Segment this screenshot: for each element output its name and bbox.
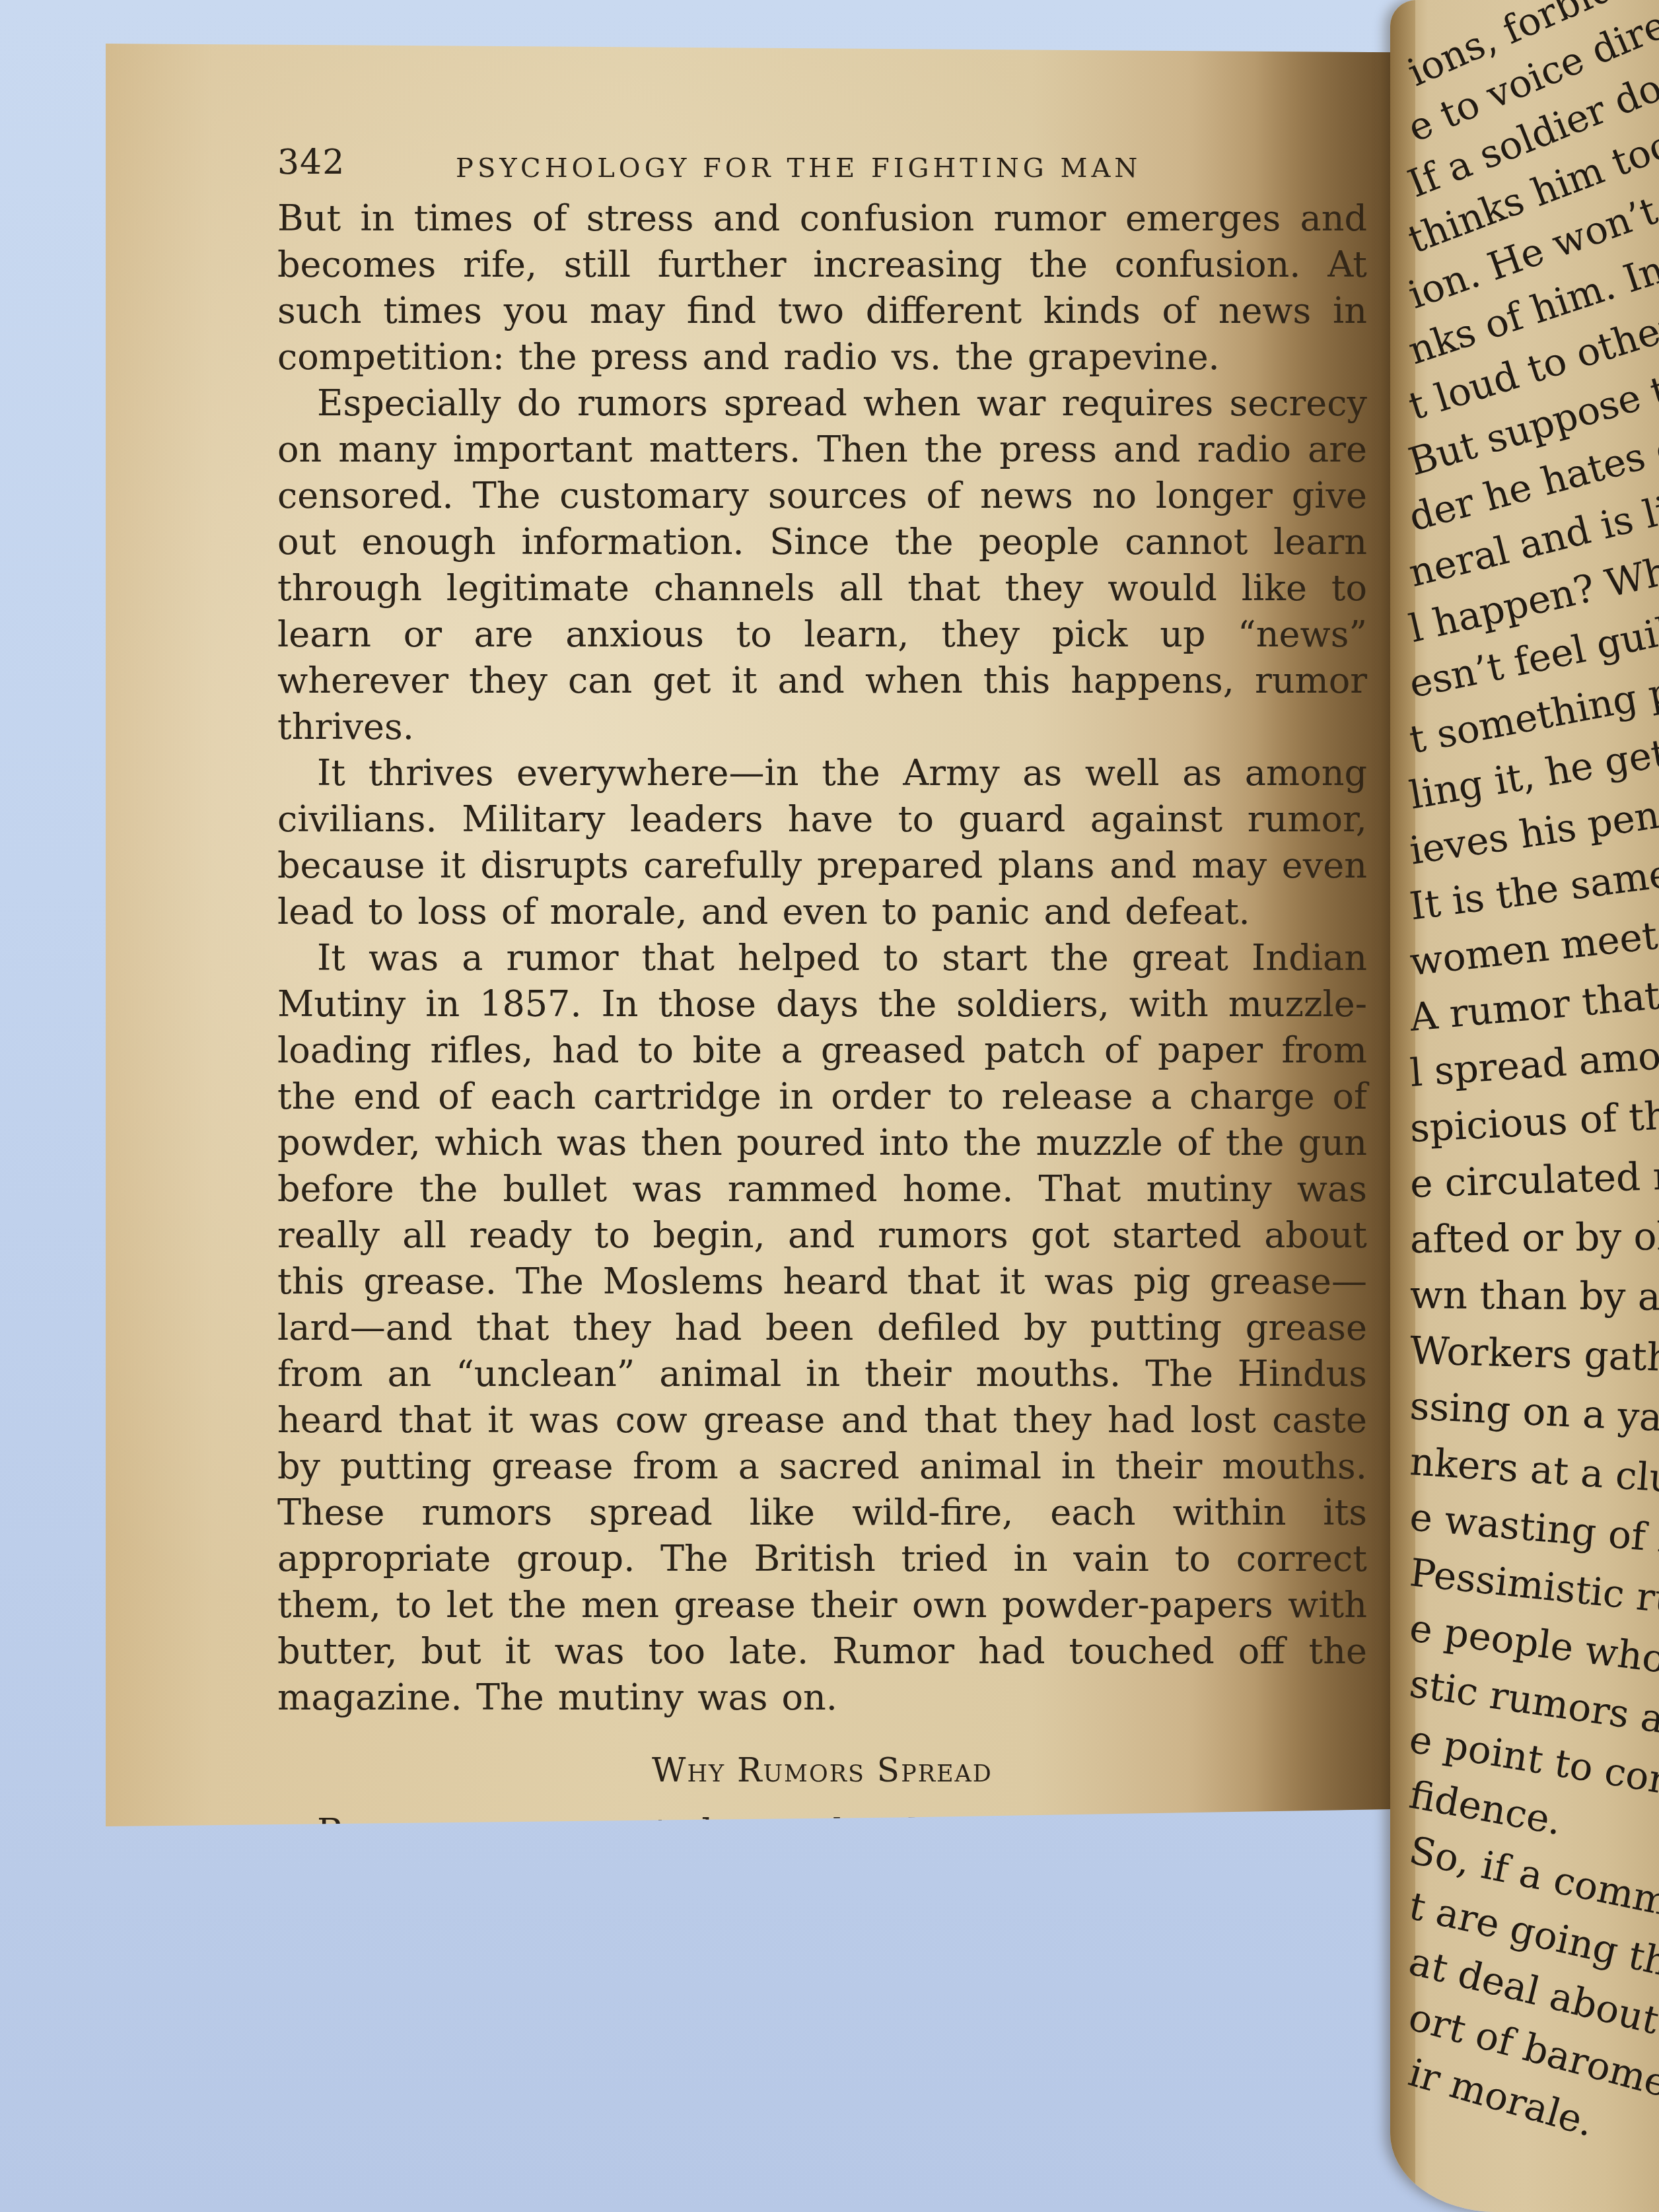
right-page-line: l spread among	[1409, 1028, 1659, 1095]
right-page-text: ions, forbidden he to voice directlyIf a…	[1410, 26, 1659, 2093]
right-page-line: ssing on a yarn	[1409, 1384, 1659, 1443]
right-page-line: spicious of the w	[1409, 1090, 1659, 1150]
section-paragraph: Rumors are repeated even by those who do…	[277, 1809, 1367, 2040]
paragraph-3: It thrives everywhere—in the Army as wel…	[277, 750, 1367, 935]
left-book-page: 342 PSYCHOLOGY FOR THE FIGHTING MAN But …	[106, 44, 1427, 1826]
right-book-page-curled: ions, forbidden he to voice directlyIf a…	[1390, 0, 1659, 2212]
right-page-line: nkers at a club	[1409, 1439, 1659, 1505]
right-page-line: Workers gathere	[1409, 1329, 1659, 1381]
right-page-line: e circulated more	[1409, 1152, 1659, 1206]
paragraph-4: It was a rumor that helped to start the …	[277, 935, 1367, 1721]
right-page-line: afted or by older	[1410, 1214, 1659, 1261]
section-heading: Why Rumors Spread	[277, 1751, 1367, 1789]
right-page-line: wn than by any	[1410, 1273, 1659, 1319]
left-page-content: 342 PSYCHOLOGY FOR THE FIGHTING MAN But …	[277, 143, 1367, 2040]
paragraph-1: But in times of stress and confusion rum…	[277, 195, 1367, 380]
paragraph-2: Especially do rumors spread when war req…	[277, 380, 1367, 750]
running-head: 342 PSYCHOLOGY FOR THE FIGHTING MAN	[277, 143, 1367, 195]
page-number: 342	[277, 143, 345, 182]
running-title: PSYCHOLOGY FOR THE FIGHTING MAN	[456, 153, 1141, 184]
